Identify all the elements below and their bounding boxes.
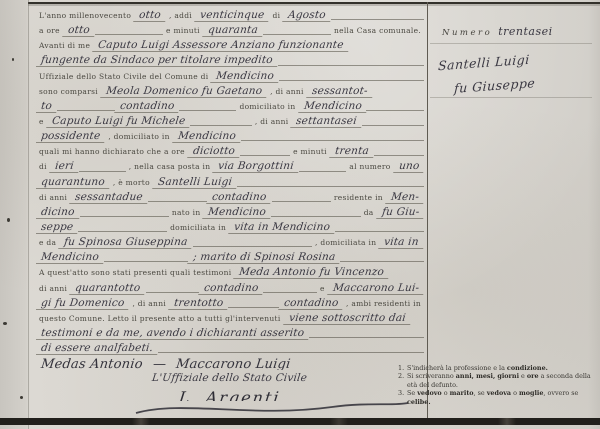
handwritten-text: Caputo Luigi Assessore Anziano funzionan… bbox=[92, 39, 349, 52]
blank-rule bbox=[78, 230, 167, 232]
ink-speck bbox=[12, 58, 14, 61]
numero-label: Numero bbox=[442, 28, 492, 38]
handwritten-text: Men- bbox=[385, 191, 424, 204]
blank-rule bbox=[263, 33, 331, 35]
blank-rule bbox=[146, 291, 200, 293]
margin-deceased-name: Santelli Luigi bbox=[438, 52, 530, 73]
handwritten-text: Santelli Luigi bbox=[152, 176, 238, 189]
printed-text: Avanti di me bbox=[36, 41, 93, 50]
printed-text: residente in bbox=[331, 193, 386, 202]
handwritten-text: contadino bbox=[114, 100, 180, 113]
handwritten-text: Mendicino bbox=[36, 251, 105, 264]
document-page: L'anno millenovecentootto, addìventicinq… bbox=[0, 0, 600, 429]
blank-rule bbox=[309, 336, 424, 338]
printed-text: nato in bbox=[169, 208, 204, 217]
handwritten-text: settantasei bbox=[291, 115, 363, 128]
handwritten-text: fu Giu- bbox=[376, 206, 424, 219]
handwritten-text: to bbox=[36, 100, 58, 113]
handwritten-text: Mendicino bbox=[172, 130, 242, 143]
printed-text: e minuti bbox=[290, 147, 330, 156]
bottom-edge-band bbox=[0, 418, 600, 425]
form-line: tocontadinodomiciliato inMendicino bbox=[36, 98, 424, 113]
numero-value: trentasei bbox=[492, 25, 552, 38]
blank-rule bbox=[228, 306, 278, 308]
printed-text: e da bbox=[36, 238, 59, 247]
printed-text: a ore bbox=[36, 26, 63, 35]
act-body: L'anno millenovecentootto, addìventicinq… bbox=[36, 7, 424, 401]
printed-text: di bbox=[36, 162, 50, 171]
printed-text: L'anno millenovecento bbox=[36, 11, 134, 20]
printed-text: , di anni bbox=[129, 299, 169, 308]
handwritten-text: sessantadue bbox=[69, 191, 148, 204]
margin-column: Numerotrentasei Santelli Luigi fu Giusep… bbox=[428, 0, 600, 360]
form-line: Avanti di meCaputo Luigi Assessore Anzia… bbox=[36, 37, 424, 52]
blank-rule bbox=[104, 260, 188, 262]
blank-rule bbox=[366, 109, 424, 111]
handwritten-text: otto bbox=[62, 24, 95, 37]
printed-text: e minuti bbox=[163, 26, 203, 35]
printed-text: e bbox=[36, 117, 47, 126]
printed-text: di bbox=[269, 11, 283, 20]
blank-rule bbox=[340, 260, 424, 262]
blank-rule bbox=[80, 215, 169, 217]
printed-text: , di anni bbox=[267, 87, 307, 96]
handwritten-text: venticinque bbox=[194, 9, 270, 22]
blank-rule bbox=[279, 79, 424, 81]
form-line: di anniquarantottocontadinoeMaccarono Lu… bbox=[36, 280, 424, 295]
printed-text: Uffiziale dello Stato Civile del Comune … bbox=[36, 72, 211, 81]
footnote-number: 3. bbox=[398, 389, 407, 406]
printed-text: , ambi residenti in bbox=[343, 299, 424, 308]
handwritten-text: fungente da Sindaco per titolare impedit… bbox=[36, 54, 279, 67]
blank-rule bbox=[362, 124, 424, 126]
printed-text: A quest'atto sono stati presenti quali t… bbox=[36, 268, 234, 277]
form-line: e dafu Spinosa Giuseppina, domiciliata i… bbox=[36, 234, 424, 249]
blank-rule bbox=[299, 170, 346, 172]
blank-rule bbox=[335, 230, 424, 232]
printed-text: , addì bbox=[166, 11, 195, 20]
printed-text: , domiciliata in bbox=[312, 238, 379, 247]
printed-text: domiciliato in bbox=[236, 102, 298, 111]
blank-rule bbox=[158, 351, 424, 353]
handwritten-text: Agosto bbox=[282, 9, 331, 22]
printed-text: quali mi hanno dichiarato che a ore bbox=[36, 147, 188, 156]
ink-speck bbox=[20, 396, 23, 399]
handwritten-text: ieri bbox=[49, 160, 79, 173]
blank-rule bbox=[95, 33, 163, 35]
handwritten-text: quarantotto bbox=[69, 282, 146, 295]
footnote: 1.S'indicherà la professione e la condiz… bbox=[398, 364, 596, 372]
form-line: testimoni e da me, avendo i dichiaranti … bbox=[36, 325, 424, 340]
handwritten-text: gi fu Domenico bbox=[36, 297, 130, 310]
form-line: Uffiziale dello Stato Civile del Comune … bbox=[36, 68, 424, 83]
footnote: 3.Se vedovo o marito, se vedova o moglie… bbox=[398, 389, 596, 406]
blank-rule bbox=[271, 215, 360, 217]
ink-speck bbox=[3, 322, 7, 325]
handwritten-text: contadino bbox=[198, 282, 264, 295]
handwritten-text: fu Spinosa Giuseppina bbox=[58, 236, 193, 249]
footnote-text: Se vedovo o marito, se vedova o moglie, … bbox=[407, 389, 596, 406]
handwritten-text: viene sottoscritto dai bbox=[283, 312, 411, 325]
handwritten-text: quarantuno bbox=[36, 176, 111, 189]
handwritten-text: Medas Antonio bbox=[36, 357, 149, 370]
handwritten-text: dicino bbox=[36, 206, 80, 219]
blank-rule bbox=[331, 18, 424, 20]
printed-text: di anni bbox=[36, 284, 70, 293]
blank-rule bbox=[193, 245, 312, 247]
blank-rule bbox=[263, 291, 317, 293]
blank-rule bbox=[79, 170, 126, 172]
ink-speck bbox=[7, 218, 10, 222]
form-line: di essere analfabeti. bbox=[36, 340, 424, 355]
footnote-text: Si scriveranno anni, mesi, giorni e ore … bbox=[407, 372, 596, 389]
footnote: 2.Si scriveranno anni, mesi, giorni e or… bbox=[398, 372, 596, 389]
form-line: A quest'atto sono stati presenti quali t… bbox=[36, 264, 424, 279]
handwritten-text: possidente bbox=[36, 130, 106, 143]
printed-text: questo Comune. Letto il presente atto a … bbox=[36, 314, 284, 323]
margin-rule bbox=[430, 43, 592, 44]
handwritten-text: contadino bbox=[206, 191, 272, 204]
form-line: quali mi hanno dichiarato che a oredicio… bbox=[36, 143, 424, 158]
handwritten-text: Mendicino bbox=[203, 206, 273, 219]
printed-text: sono comparsi bbox=[36, 87, 101, 96]
handwritten-text: via Borgottini bbox=[213, 160, 300, 173]
handwritten-text: trentotto bbox=[168, 297, 229, 310]
margin-rule bbox=[430, 97, 592, 98]
form-line: Mendicino; marito di Spinosi Rosina bbox=[36, 249, 424, 264]
printed-text: , domiciliato in bbox=[105, 132, 172, 141]
handwritten-text: Meola Domenico fu Gaetano bbox=[100, 85, 268, 98]
handwritten-text: uno bbox=[393, 160, 424, 173]
handwritten-text: contadino bbox=[278, 297, 344, 310]
form-line: L'anno millenovecentootto, addìventicinq… bbox=[36, 7, 424, 22]
handwritten-text: Maccarono Lui- bbox=[327, 282, 424, 295]
form-line: L'Uffiziale dello Stato Civile bbox=[36, 370, 424, 385]
handwritten-text: testimoni e da me, avendo i dichiaranti … bbox=[36, 327, 310, 340]
printed-text: e bbox=[317, 284, 328, 293]
blank-rule bbox=[278, 64, 424, 66]
handwritten-text: Mendicino bbox=[298, 100, 368, 113]
form-line: dicinonato inMendicinodafu Giu- bbox=[36, 204, 424, 219]
numero-row: Numerotrentasei bbox=[442, 20, 553, 39]
margin-deceased-patronymic: fu Giuseppe bbox=[454, 75, 536, 96]
form-line: questo Comune. Letto il presente atto a … bbox=[36, 310, 424, 325]
blank-rule bbox=[241, 139, 424, 141]
form-line: fungente da Sindaco per titolare impedit… bbox=[36, 52, 424, 67]
handwritten-text: vita in bbox=[379, 236, 424, 249]
footnote-number: 1. bbox=[398, 364, 407, 372]
blank-rule bbox=[272, 200, 331, 202]
printed-text: al numero bbox=[346, 162, 393, 171]
handwritten-text: trenta bbox=[329, 145, 375, 158]
printed-text: , è morto bbox=[110, 178, 153, 187]
handwritten-text: vita in Mendicino bbox=[228, 221, 336, 234]
handwritten-text: quaranta bbox=[202, 24, 263, 37]
form-line: seppedomiciliata invita in Mendicino bbox=[36, 219, 424, 234]
blank-rule bbox=[237, 185, 424, 187]
handwritten-text: sessantot- bbox=[306, 85, 373, 98]
printed-text: , di anni bbox=[252, 117, 292, 126]
form-line: possidente, domiciliato inMendicino bbox=[36, 128, 424, 143]
form-line: a oreottoe minutiquarantanella Casa comu… bbox=[36, 22, 424, 37]
handwritten-text: seppe bbox=[36, 221, 79, 234]
blank-rule bbox=[148, 200, 207, 202]
handwritten-text: Maccarono Luigi bbox=[170, 357, 296, 370]
printed-text: da bbox=[361, 208, 377, 217]
footnotes: 1.S'indicherà la professione e la condiz… bbox=[398, 364, 596, 406]
handwritten-text: di essere analfabeti. bbox=[36, 342, 159, 355]
form-line: di annisessantaduecontadinoresidente inM… bbox=[36, 189, 424, 204]
handwritten-text: L'Uffiziale dello Stato Civile bbox=[147, 372, 313, 384]
form-line: quarantuno, è mortoSantelli Luigi bbox=[36, 174, 424, 189]
form-line: Medas Antonio—Maccarono Luigi bbox=[36, 355, 424, 370]
handwritten-text: — bbox=[147, 357, 172, 370]
blank-rule bbox=[374, 154, 424, 156]
handwritten-text: otto bbox=[133, 9, 166, 22]
form-line: diieri, nella casa posta invia Borgottin… bbox=[36, 158, 424, 173]
printed-text: , nella casa posta in bbox=[126, 162, 214, 171]
footnote-text: S'indicherà la professione e la condizio… bbox=[407, 364, 596, 372]
handwritten-text: Meda Antonio fu Vincenzo bbox=[234, 266, 391, 279]
handwritten-text: ; marito di Spinosi Rosina bbox=[187, 251, 341, 264]
form-line: eCaputo Luigi fu Michele, di annisettant… bbox=[36, 113, 424, 128]
blank-rule bbox=[190, 124, 252, 126]
blank-rule bbox=[240, 154, 290, 156]
footnote-number: 2. bbox=[398, 372, 407, 389]
form-line: sono comparsiMeola Domenico fu Gaetano, … bbox=[36, 83, 424, 98]
handwritten-text: diciotto bbox=[187, 145, 241, 158]
handwritten-text: Mendicino bbox=[211, 70, 281, 83]
handwritten-text: Caputo Luigi fu Michele bbox=[46, 115, 191, 128]
form-line: gi fu Domenico, di annitrentottocontadin… bbox=[36, 295, 424, 310]
blank-rule bbox=[57, 109, 115, 111]
printed-text: nella Casa comunale. bbox=[331, 26, 424, 35]
printed-text: domiciliata in bbox=[167, 223, 229, 232]
page-fold-line bbox=[28, 0, 29, 429]
signature-flourish-stroke bbox=[132, 398, 412, 418]
printed-text: di anni bbox=[36, 193, 70, 202]
blank-rule bbox=[179, 109, 237, 111]
